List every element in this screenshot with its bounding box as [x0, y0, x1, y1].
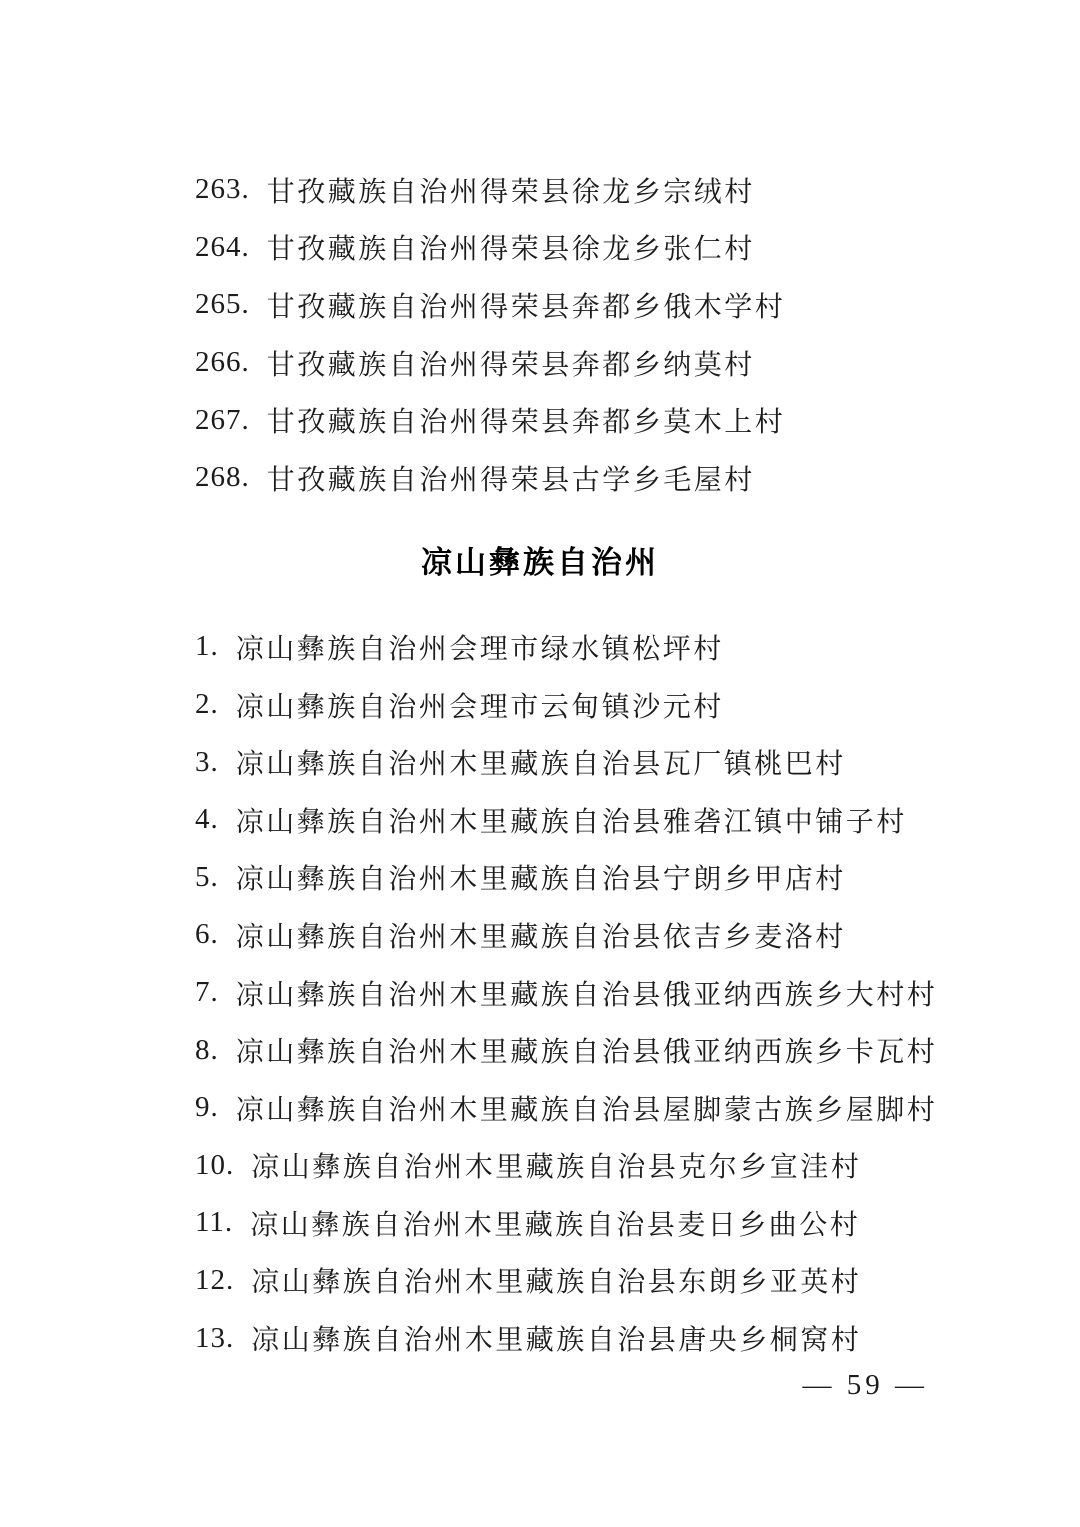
list-item: 268. 甘孜藏族自治州得荣县古学乡毛屋村 — [195, 449, 1000, 507]
item-number: 267. — [195, 404, 250, 437]
item-number: 8. — [195, 1034, 219, 1067]
list-item: 13. 凉山彝族自治州木里藏族自治县唐央乡桐窝村 — [195, 1309, 1000, 1367]
list-item: 1. 凉山彝族自治州会理市绿水镇松坪村 — [195, 618, 1000, 676]
item-text: 凉山彝族自治州会理市云甸镇沙元村 — [236, 685, 724, 725]
item-number: 266. — [195, 346, 250, 379]
item-text: 凉山彝族自治州木里藏族自治县麦日乡曲公村 — [250, 1203, 860, 1243]
item-number: 264. — [195, 231, 250, 264]
list-item: 7. 凉山彝族自治州木里藏族自治县俄亚纳西族乡大村村 — [195, 964, 1000, 1022]
item-text: 凉山彝族自治州木里藏族自治县东朗乡亚英村 — [251, 1260, 861, 1300]
list-item: 265. 甘孜藏族自治州得荣县奔都乡俄木学村 — [195, 276, 1000, 334]
item-number: 11. — [195, 1206, 233, 1239]
list-item: 263. 甘孜藏族自治州得荣县徐龙乡宗绒村 — [195, 161, 1000, 219]
item-text: 凉山彝族自治州木里藏族自治县屋脚蒙古族乡屋脚村 — [236, 1088, 938, 1128]
item-number: 265. — [195, 288, 250, 321]
list-item: 4. 凉山彝族自治州木里藏族自治县雅砻江镇中铺子村 — [195, 791, 1000, 849]
item-text: 甘孜藏族自治州得荣县奔都乡莫木上村 — [267, 400, 786, 440]
page-number: — 59 — — [0, 1369, 1080, 1402]
item-text: 凉山彝族自治州木里藏族自治县瓦厂镇桃巴村 — [236, 742, 846, 782]
list-item: 5. 凉山彝族自治州木里藏族自治县宁朗乡甲店村 — [195, 849, 1000, 907]
item-text: 凉山彝族自治州木里藏族自治县依吉乡麦洛村 — [236, 915, 846, 955]
item-text: 凉山彝族自治州会理市绿水镇松坪村 — [236, 627, 724, 667]
item-number: 5. — [195, 861, 219, 894]
item-number: 1. — [195, 630, 219, 663]
list-item: 266. 甘孜藏族自治州得荣县奔都乡纳莫村 — [195, 334, 1000, 392]
item-number: 6. — [195, 918, 219, 951]
item-text: 凉山彝族自治州木里藏族自治县俄亚纳西族乡卡瓦村 — [236, 1030, 938, 1070]
item-number: 7. — [195, 976, 219, 1009]
item-number: 10. — [195, 1149, 234, 1182]
item-text: 甘孜藏族自治州得荣县古学乡毛屋村 — [267, 458, 755, 498]
list-item: 267. 甘孜藏族自治州得荣县奔都乡莫木上村 — [195, 391, 1000, 449]
item-text: 凉山彝族自治州木里藏族自治县雅砻江镇中铺子村 — [236, 800, 907, 840]
item-text: 凉山彝族自治州木里藏族自治县俄亚纳西族乡大村村 — [236, 973, 938, 1013]
list-item: 11. 凉山彝族自治州木里藏族自治县麦日乡曲公村 — [195, 1194, 1000, 1252]
item-number: 12. — [195, 1264, 234, 1297]
list-item: 10. 凉山彝族自治州木里藏族自治县克尔乡宣洼村 — [195, 1137, 1000, 1195]
item-number: 2. — [195, 688, 219, 721]
list-item: 264. 甘孜藏族自治州得荣县徐龙乡张仁村 — [195, 219, 1000, 277]
item-number: 3. — [195, 746, 219, 779]
ganzi-village-list: 263. 甘孜藏族自治州得荣县徐龙乡宗绒村 264. 甘孜藏族自治州得荣县徐龙乡… — [0, 0, 1080, 507]
item-text: 凉山彝族自治州木里藏族自治县宁朗乡甲店村 — [236, 857, 846, 897]
list-item: 2. 凉山彝族自治州会理市云甸镇沙元村 — [195, 676, 1000, 734]
item-number: 4. — [195, 803, 219, 836]
list-item: 6. 凉山彝族自治州木里藏族自治县依吉乡麦洛村 — [195, 906, 1000, 964]
item-text: 甘孜藏族自治州得荣县奔都乡俄木学村 — [267, 285, 786, 325]
item-number: 268. — [195, 461, 250, 494]
item-number: 9. — [195, 1091, 219, 1124]
item-number: 13. — [195, 1322, 234, 1355]
item-number: 263. — [195, 173, 250, 206]
item-text: 凉山彝族自治州木里藏族自治县克尔乡宣洼村 — [251, 1145, 861, 1185]
item-text: 凉山彝族自治州木里藏族自治县唐央乡桐窝村 — [251, 1318, 861, 1358]
list-item: 3. 凉山彝族自治州木里藏族自治县瓦厂镇桃巴村 — [195, 733, 1000, 791]
section-heading: 凉山彝族自治州 — [0, 534, 1080, 592]
list-item: 8. 凉山彝族自治州木里藏族自治县俄亚纳西族乡卡瓦村 — [195, 1021, 1000, 1079]
item-text: 甘孜藏族自治州得荣县徐龙乡宗绒村 — [267, 170, 755, 210]
list-item: 9. 凉山彝族自治州木里藏族自治县屋脚蒙古族乡屋脚村 — [195, 1079, 1000, 1137]
item-text: 甘孜藏族自治州得荣县徐龙乡张仁村 — [267, 227, 755, 267]
document-page: 263. 甘孜藏族自治州得荣县徐龙乡宗绒村 264. 甘孜藏族自治州得荣县徐龙乡… — [0, 0, 1080, 1527]
list-item: 12. 凉山彝族自治州木里藏族自治县东朗乡亚英村 — [195, 1252, 1000, 1310]
item-text: 甘孜藏族自治州得荣县奔都乡纳莫村 — [267, 343, 755, 383]
liangshan-village-list: 1. 凉山彝族自治州会理市绿水镇松坪村 2. 凉山彝族自治州会理市云甸镇沙元村 … — [0, 618, 1080, 1367]
